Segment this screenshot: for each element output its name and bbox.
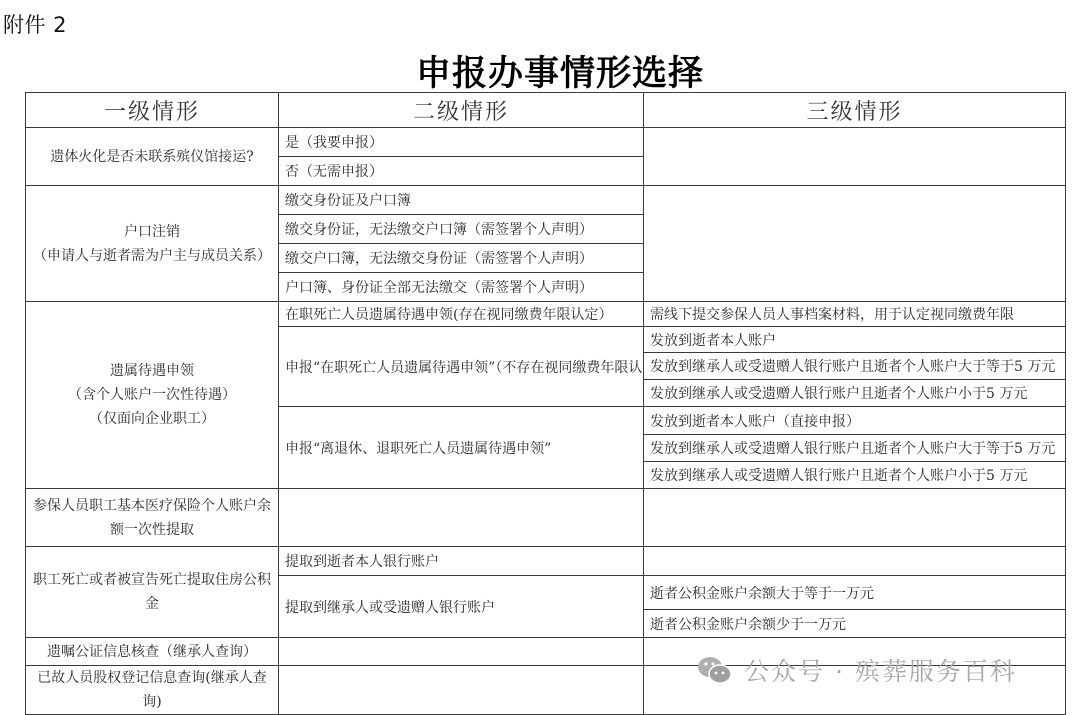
option-pay-heir-lt-50k-retired[interactable]: 发放到继承人或受遗赠人银行账户且逝者个人账户小于5 万元 (644, 462, 1066, 489)
level1-housing-fund: 职工死亡或者被宣告死亡提取住房公积金 (26, 547, 279, 638)
level3-empty (644, 547, 1066, 576)
level1-equity-registration[interactable]: 已故人员股权登记信息查询(继承人查询) (26, 666, 279, 715)
option-pay-heir-ge-50k[interactable]: 发放到继承人或受遗赠人银行账户且逝者个人账户大于等于5 万元 (644, 353, 1066, 380)
level1-survivor-benefits: 遗属待遇申领 （含个人账户一次性待遇） （仅面向企业职工） (26, 302, 279, 489)
option-in-service-no-service-years[interactable]: 申报“在职死亡人员遗属待遇申领”（不存在视同缴费年限认定） (279, 327, 644, 407)
level3-empty (644, 186, 1066, 302)
table-row: 职工死亡或者被宣告死亡提取住房公积金 提取到逝者本人银行账户 (26, 547, 1066, 576)
level3-empty (644, 666, 1066, 715)
option-no-report[interactable]: 否（无需申报） (279, 157, 644, 186)
header-level2: 二级情形 (279, 93, 644, 128)
table-row: 户口注销 （申请人与逝者需为户主与成员关系） 缴交身份证及户口簿 (26, 186, 1066, 215)
level3-empty (644, 128, 1066, 186)
header-level3: 三级情形 (644, 93, 1066, 128)
option-yes-report[interactable]: 是（我要申报） (279, 128, 644, 157)
option-id-only[interactable]: 缴交身份证，无法缴交户口簿（需签署个人声明） (279, 215, 644, 244)
option-withdraw-deceased-account[interactable]: 提取到逝者本人银行账户 (279, 547, 644, 576)
option-pay-heir-ge-50k-retired[interactable]: 发放到继承人或受遗赠人银行账户且逝者个人账户大于等于5 万元 (644, 435, 1066, 462)
table-row: 遗属待遇申领 （含个人账户一次性待遇） （仅面向企业职工） 在职死亡人员遗属待遇… (26, 302, 1066, 327)
option-pay-heir-lt-50k[interactable]: 发放到继承人或受遗赠人银行账户且逝者个人账户小于5 万元 (644, 380, 1066, 407)
level2-empty (279, 638, 644, 666)
header-level1: 一级情形 (26, 93, 279, 128)
option-hukou-only[interactable]: 缴交户口簿，无法缴交身份证（需签署个人声明） (279, 244, 644, 273)
option-submit-archive[interactable]: 需线下提交参保人员人事档案材料，用于认定视同缴费年限 (644, 302, 1066, 327)
level3-empty (644, 638, 1066, 666)
option-neither[interactable]: 户口簿、身份证全部无法缴交（需签署个人声明） (279, 273, 644, 302)
level2-empty (279, 666, 644, 715)
option-withdraw-heir-account[interactable]: 提取到继承人或受遗赠人银行账户 (279, 576, 644, 638)
level3-empty (644, 489, 1066, 547)
table-header-row: 一级情形 二级情形 三级情形 (26, 93, 1066, 128)
option-in-service-with-service-years[interactable]: 在职死亡人员遗属待遇申领(存在视同缴费年限认定） (279, 302, 644, 327)
level1-will-notarization[interactable]: 遗嘱公证信息核查（继承人查询） (26, 638, 279, 666)
level1-cremation: 遗体火化是否未联系殡仪馆接运? (26, 128, 279, 186)
option-id-and-hukou[interactable]: 缴交身份证及户口簿 (279, 186, 644, 215)
level2-empty (279, 489, 644, 547)
situation-table: 一级情形 二级情形 三级情形 遗体火化是否未联系殡仪馆接运? 是（我要申报） 否… (25, 92, 1066, 715)
level1-medical-insurance-withdrawal[interactable]: 参保人员职工基本医疗保险个人账户余额一次性提取 (26, 489, 279, 547)
option-retired[interactable]: 申报“离退休、退职死亡人员遗属待遇申领” (279, 407, 644, 489)
table-row: 遗嘱公证信息核查（继承人查询） (26, 638, 1066, 666)
table-row: 参保人员职工基本医疗保险个人账户余额一次性提取 (26, 489, 1066, 547)
option-fund-ge-10k[interactable]: 逝者公积金账户余额大于等于一万元 (644, 576, 1066, 610)
table-row: 已故人员股权登记信息查询(继承人查询) (26, 666, 1066, 715)
table-row: 遗体火化是否未联系殡仪馆接运? 是（我要申报） (26, 128, 1066, 157)
option-pay-deceased-account[interactable]: 发放到逝者本人账户 (644, 327, 1066, 353)
level1-hukou-cancel: 户口注销 （申请人与逝者需为户主与成员关系） (26, 186, 279, 302)
page-title: 申报办事情形选择 (0, 46, 1080, 96)
attachment-label: 附件 2 (3, 9, 67, 39)
option-pay-deceased-direct[interactable]: 发放到逝者本人账户（直接申报） (644, 407, 1066, 435)
option-fund-lt-10k[interactable]: 逝者公积金账户余额少于一万元 (644, 610, 1066, 638)
